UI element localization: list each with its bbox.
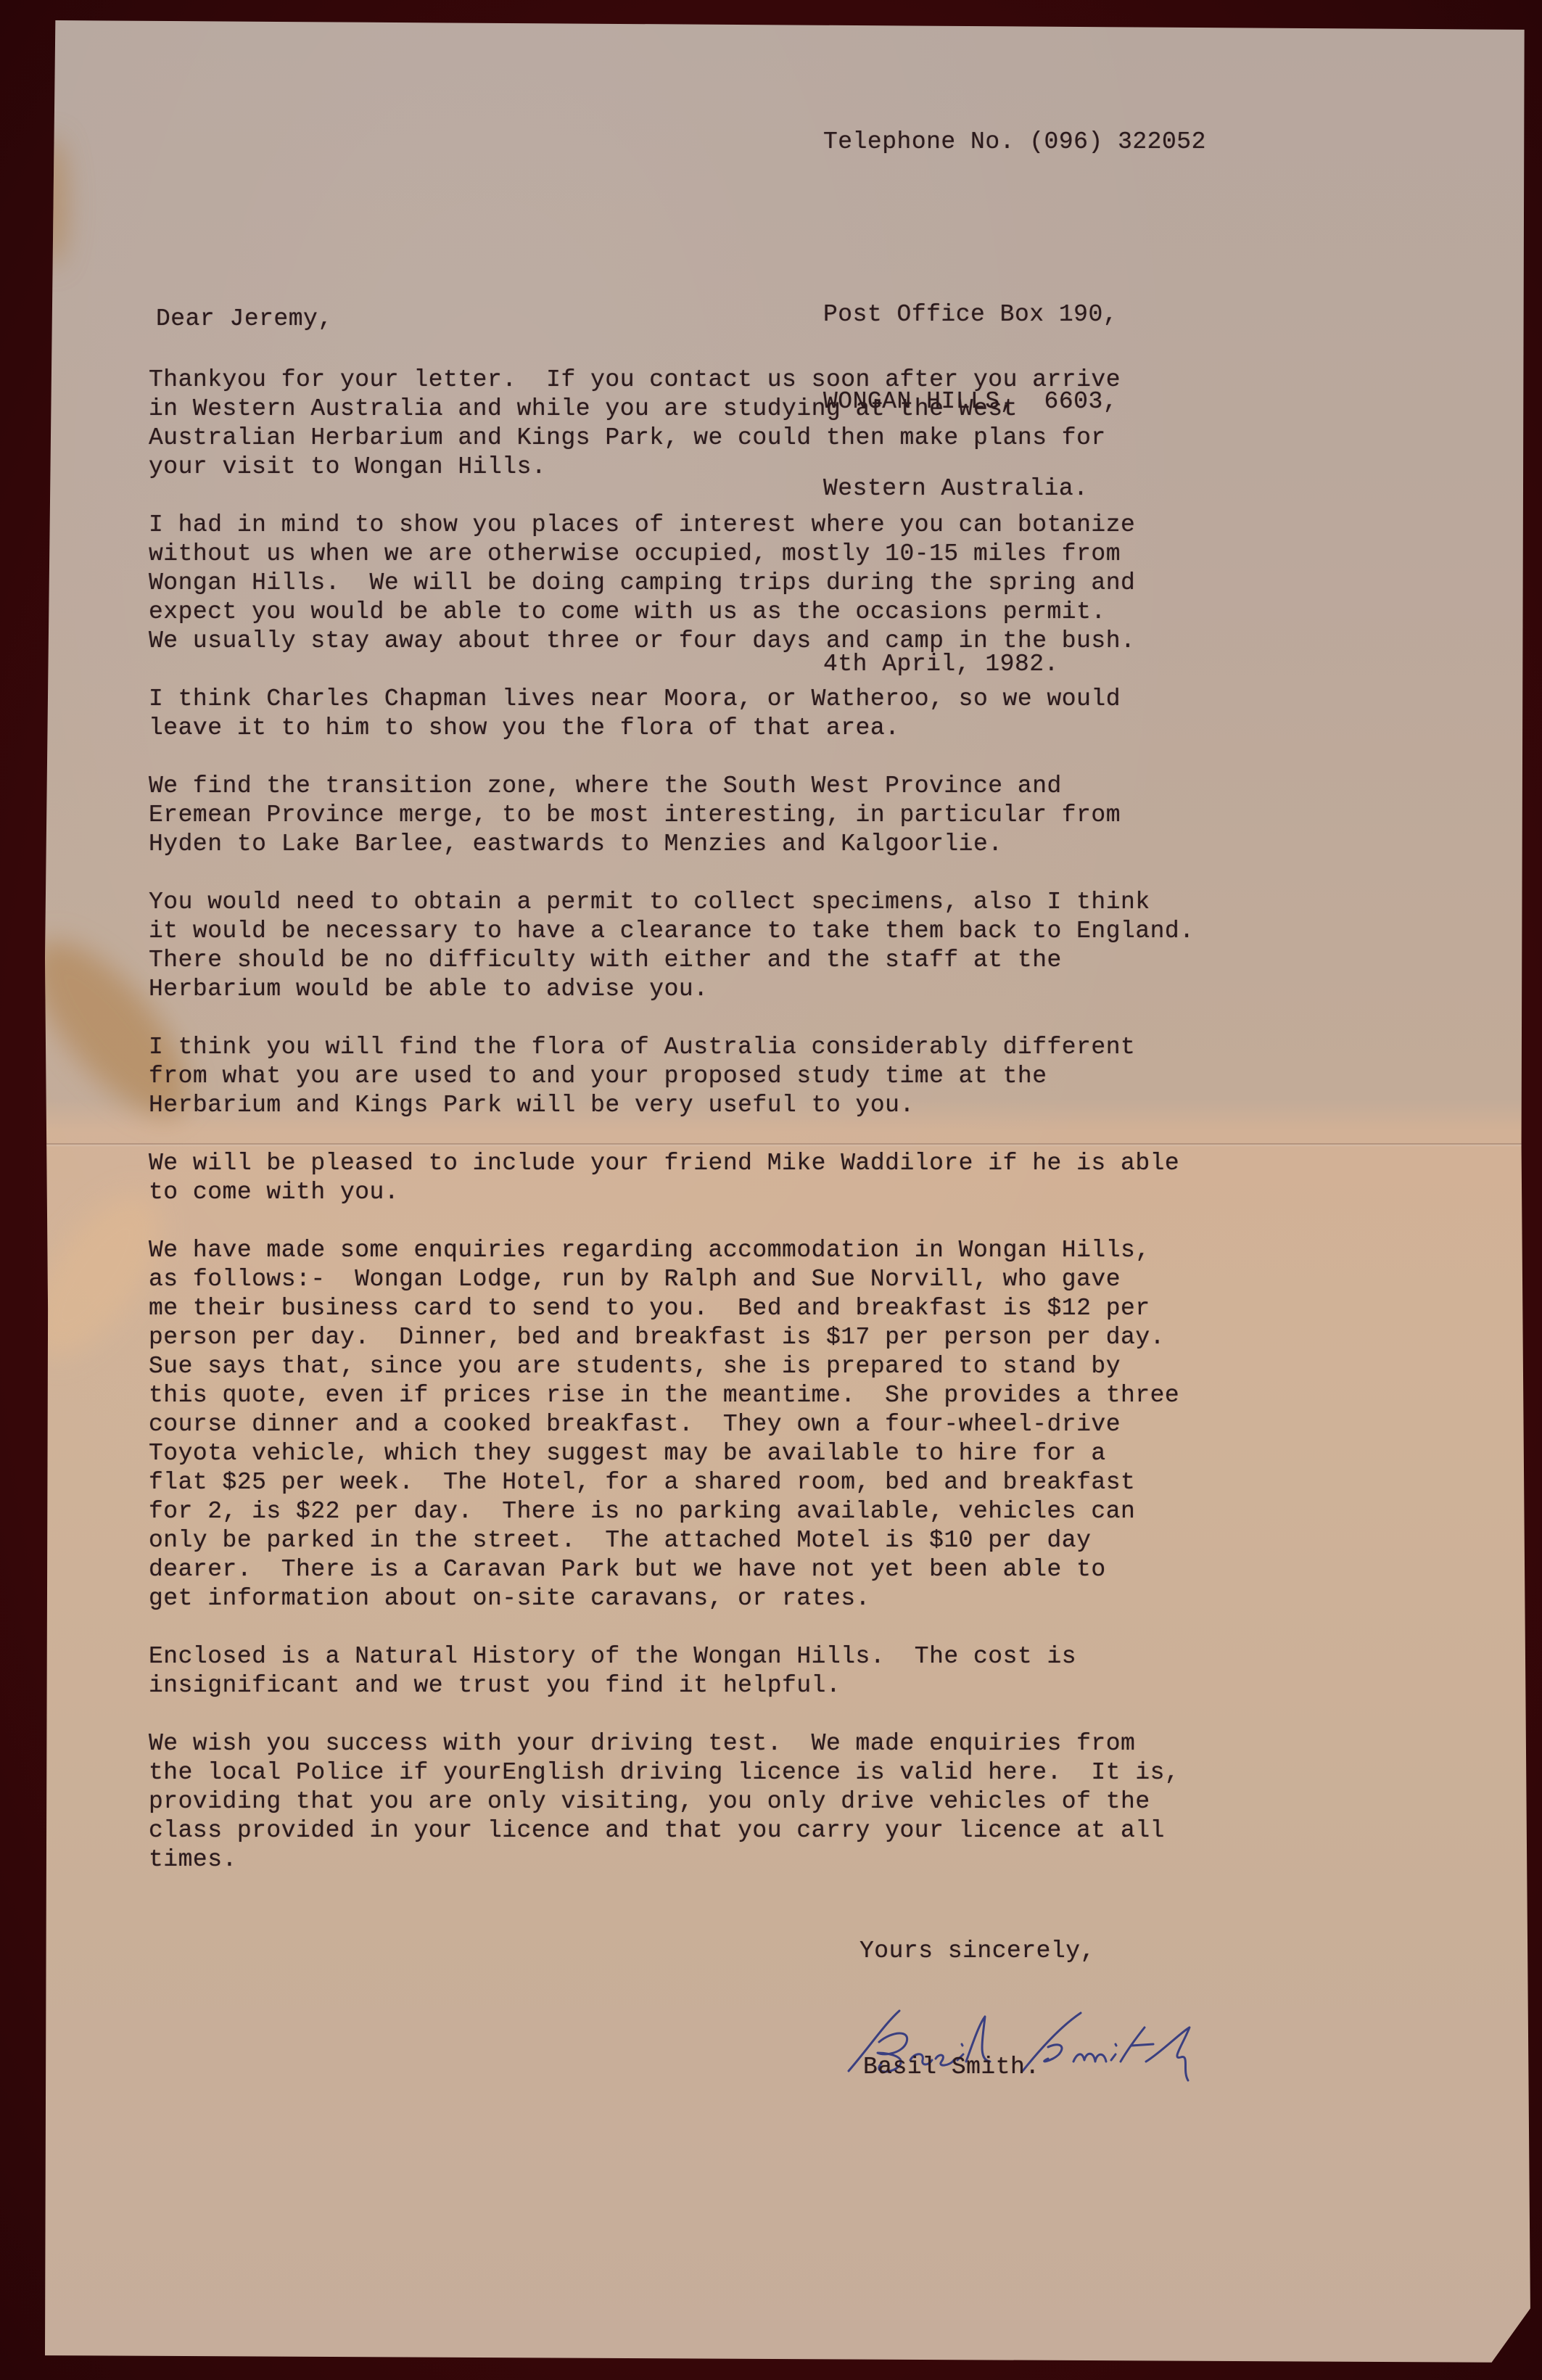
signer-name: Basil Smith. (863, 2053, 1040, 2082)
text-line: I had in mind to show you places of inte… (149, 511, 1469, 540)
text-line: Herbarium and Kings Park will be very us… (149, 1091, 1469, 1120)
letter-paragraph: We have made some enquiries regarding ac… (149, 1236, 1469, 1613)
text-line: course dinner and a cooked breakfast. Th… (149, 1410, 1469, 1439)
text-line: Herbarium would be able to advise you. (149, 975, 1469, 1004)
text-line: There should be no difficulty with eithe… (149, 946, 1469, 975)
text-line: We will be pleased to include your frien… (149, 1149, 1469, 1178)
text-line: only be parked in the street. The attach… (149, 1526, 1469, 1555)
text-line: me their business card to send to you. B… (149, 1294, 1469, 1323)
text-line: Toyota vehicle, which they suggest may b… (149, 1439, 1469, 1468)
letter-paragraph: We will be pleased to include your frien… (149, 1149, 1469, 1207)
text-line: We have made some enquiries regarding ac… (149, 1236, 1469, 1265)
telephone-number: Telephone No. (096) 322052 (823, 128, 1206, 157)
text-line: leave it to him to show you the flora of… (149, 714, 1469, 743)
text-line: person per day. Dinner, bed and breakfas… (149, 1323, 1469, 1352)
text-line: the local Police if yourEnglish driving … (149, 1758, 1469, 1787)
letter-paragraph: I think you will find the flora of Austr… (149, 1033, 1469, 1120)
text-line: Eremean Province merge, to be most inter… (149, 801, 1469, 830)
letter-paragraph: We wish you success with your driving te… (149, 1729, 1469, 1874)
typed-letter: Telephone No. (096) 322052 Post Office B… (0, 0, 1542, 2380)
text-line: You would need to obtain a permit to col… (149, 888, 1469, 917)
text-line: insignificant and we trust you find it h… (149, 1671, 1469, 1700)
text-line: We usually stay away about three or four… (149, 627, 1469, 656)
text-line: I think Charles Chapman lives near Moora… (149, 685, 1469, 714)
text-line: We wish you success with your driving te… (149, 1729, 1469, 1758)
text-line: Thankyou for your letter. If you contact… (149, 366, 1469, 395)
letter-body: Dear Jeremy, Thankyou for your letter. I… (149, 305, 1469, 1903)
text-line: from what you are used to and your propo… (149, 1062, 1469, 1091)
text-line: in Western Australia and while you are s… (149, 395, 1469, 424)
text-line: I think you will find the flora of Austr… (149, 1033, 1469, 1062)
letter-paragraph: I think Charles Chapman lives near Moora… (149, 685, 1469, 743)
letter-paragraph: You would need to obtain a permit to col… (149, 888, 1469, 1004)
text-line: without us when we are otherwise occupie… (149, 540, 1469, 569)
text-line: We find the transition zone, where the S… (149, 772, 1469, 801)
text-line: Australian Herbarium and Kings Park, we … (149, 424, 1469, 453)
salutation: Dear Jeremy, (156, 305, 1469, 334)
text-line: dearer. There is a Caravan Park but we h… (149, 1555, 1469, 1584)
text-line: Enclosed is a Natural History of the Won… (149, 1642, 1469, 1671)
letter-paragraph: Enclosed is a Natural History of the Won… (149, 1642, 1469, 1700)
text-line: as follows:- Wongan Lodge, run by Ralph … (149, 1265, 1469, 1294)
letter-paragraph: I had in mind to show you places of inte… (149, 511, 1469, 656)
text-line: your visit to Wongan Hills. (149, 453, 1469, 482)
text-line: class provided in your licence and that … (149, 1816, 1469, 1845)
letter-paragraph: We find the transition zone, where the S… (149, 772, 1469, 859)
closing: Yours sincerely, (859, 1937, 1095, 1966)
letter-paragraph: Thankyou for your letter. If you contact… (149, 366, 1469, 482)
text-line: for 2, is $22 per day. There is no parki… (149, 1497, 1469, 1526)
text-line: Wongan Hills. We will be doing camping t… (149, 569, 1469, 598)
text-line: Hyden to Lake Barlee, eastwards to Menzi… (149, 830, 1469, 859)
text-line: to come with you. (149, 1178, 1469, 1207)
paragraph-list: Thankyou for your letter. If you contact… (149, 366, 1469, 1874)
text-line: this quote, even if prices rise in the m… (149, 1381, 1469, 1410)
text-line: providing that you are only visiting, yo… (149, 1787, 1469, 1816)
text-line: it would be necessary to have a clearanc… (149, 917, 1469, 946)
text-line: times. (149, 1845, 1469, 1874)
text-line: Sue says that, since you are students, s… (149, 1352, 1469, 1381)
text-line: expect you would be able to come with us… (149, 598, 1469, 627)
text-line: flat $25 per week. The Hotel, for a shar… (149, 1468, 1469, 1497)
text-line: get information about on-site caravans, … (149, 1584, 1469, 1613)
